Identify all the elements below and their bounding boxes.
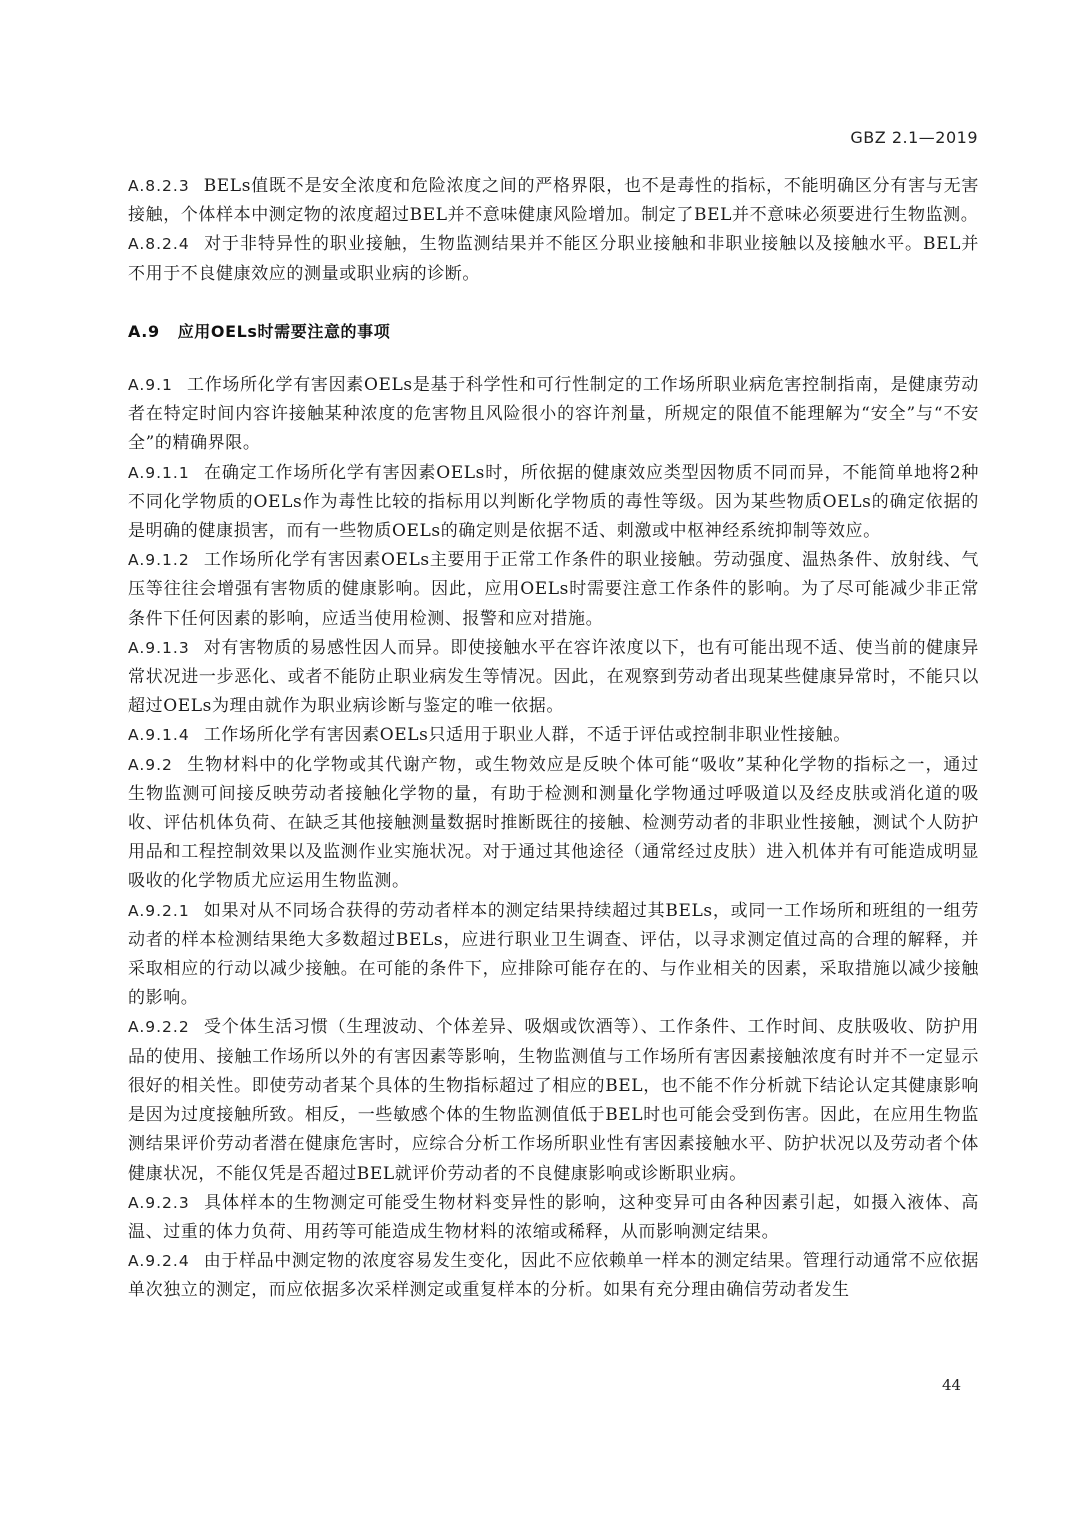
document-body: A.8.2.3BELs值既不是安全浓度和危险浓度之间的严格界限，也不是毒性的指标… [128, 172, 979, 1306]
clause-number: A.9.1.4 [128, 726, 190, 744]
standard-code-header: GBZ 2.1—2019 [850, 128, 978, 147]
section-heading-a9: A.9应用OELs时需要注意的事项 [128, 317, 979, 346]
clause-a911: A.9.1.1在确定工作场所化学有害因素OELs时，所依据的健康效应类型因物质不… [128, 459, 979, 547]
clause-number: A.9.1.2 [128, 551, 190, 569]
clause-number: A.8.2.3 [128, 177, 190, 195]
clause-text: 在确定工作场所化学有害因素OELs时，所依据的健康效应类型因物质不同而异，不能简… [128, 463, 979, 541]
clause-number: A.9.2 [128, 756, 173, 774]
clause-number: A.9.1.1 [128, 464, 190, 482]
clause-text: 具体样本的生物测定可能受生物材料变异性的影响，这种变异可由各种因素引起，如摄入液… [128, 1193, 979, 1242]
clause-number: A.9.2.1 [128, 902, 190, 920]
clause-text: 工作场所化学有害因素OELs是基于科学性和可行性制定的工作场所职业病危害控制指南… [128, 375, 979, 453]
page-number: 44 [942, 1376, 961, 1394]
clause-a914: A.9.1.4工作场所化学有害因素OELs只适用于职业人群，不适于评估或控制非职… [128, 721, 979, 750]
section-number: A.9 [128, 322, 160, 341]
clause-a823: A.8.2.3BELs值既不是安全浓度和危险浓度之间的严格界限，也不是毒性的指标… [128, 172, 979, 230]
clause-text: 对有害物质的易感性因人而异。即使接触水平在容许浓度以下，也有可能出现不适、使当前… [128, 638, 979, 716]
clause-text: 受个体生活习惯（生理波动、个体差异、吸烟或饮酒等）、工作条件、工作时间、皮肤吸收… [128, 1017, 979, 1183]
clause-number: A.9.2.2 [128, 1018, 190, 1036]
clause-text: 生物材料中的化学物或其代谢产物，或生物效应是反映个体可能“吸收”某种化学物的指标… [128, 755, 979, 892]
clause-a91: A.9.1工作场所化学有害因素OELs是基于科学性和可行性制定的工作场所职业病危… [128, 371, 979, 459]
clause-a824: A.8.2.4对于非特异性的职业接触，生物监测结果并不能区分职业接触和非职业接触… [128, 230, 979, 288]
clause-number: A.9.2.3 [128, 1194, 190, 1212]
clause-a912: A.9.1.2工作场所化学有害因素OELs主要用于正常工作条件的职业接触。劳动强… [128, 546, 979, 634]
clause-a923: A.9.2.3具体样本的生物测定可能受生物材料变异性的影响，这种变异可由各种因素… [128, 1189, 979, 1247]
section-title-text: 应用OELs时需要注意的事项 [178, 322, 391, 341]
clause-text: 工作场所化学有害因素OELs主要用于正常工作条件的职业接触。劳动强度、温热条件、… [128, 550, 979, 628]
clause-number: A.9.1.3 [128, 639, 190, 657]
clause-text: BELs值既不是安全浓度和危险浓度之间的严格界限，也不是毒性的指标，不能明确区分… [128, 176, 979, 225]
clause-a92: A.9.2生物材料中的化学物或其代谢产物，或生物效应是反映个体可能“吸收”某种化… [128, 751, 979, 897]
clause-a921: A.9.2.1如果对从不同场合获得的劳动者样本的测定结果持续超过其BELs，或同… [128, 897, 979, 1014]
clause-a913: A.9.1.3对有害物质的易感性因人而异。即使接触水平在容许浓度以下，也有可能出… [128, 634, 979, 722]
clause-a922: A.9.2.2受个体生活习惯（生理波动、个体差异、吸烟或饮酒等）、工作条件、工作… [128, 1013, 979, 1188]
clause-number: A.9.1 [128, 376, 173, 394]
clause-a924: A.9.2.4由于样品中测定物的浓度容易发生变化，因此不应依赖单一样本的测定结果… [128, 1247, 979, 1305]
clause-number: A.8.2.4 [128, 235, 190, 253]
clause-number: A.9.2.4 [128, 1252, 190, 1270]
clause-text: 工作场所化学有害因素OELs只适用于职业人群，不适于评估或控制非职业性接触。 [204, 725, 851, 745]
clause-text: 对于非特异性的职业接触，生物监测结果并不能区分职业接触和非职业接触以及接触水平。… [128, 234, 979, 283]
clause-text: 如果对从不同场合获得的劳动者样本的测定结果持续超过其BELs，或同一工作场所和班… [128, 901, 979, 1009]
clause-text: 由于样品中测定物的浓度容易发生变化，因此不应依赖单一样本的测定结果。管理行动通常… [128, 1251, 979, 1300]
